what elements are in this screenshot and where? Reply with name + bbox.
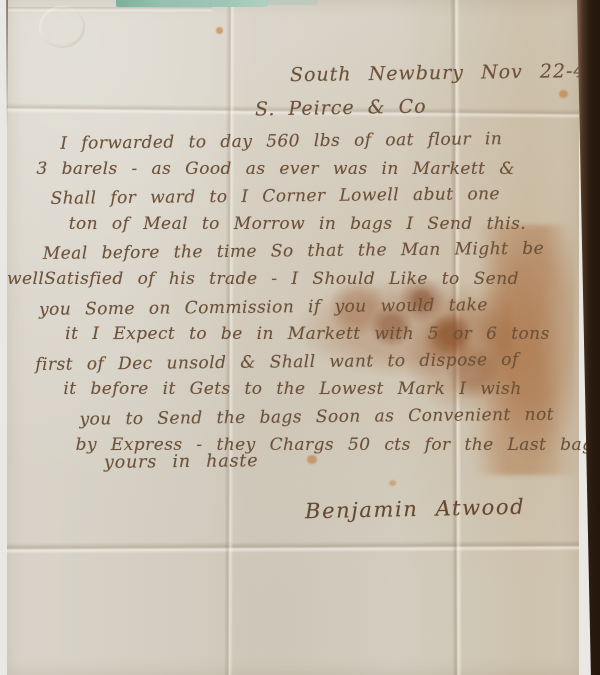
letter-body: I forwarded to day 560 lbs of oat flour … (34, 127, 595, 461)
letter-photograph: South Newbury Nov 22-48 S. Peirce & Co I… (0, 0, 600, 675)
body-line: you Some on Commission if you would take (39, 291, 595, 324)
salutation: S. Peirce & Co (255, 96, 427, 121)
stain-spot (216, 27, 223, 34)
body-line: Meal before the time So that the Man Mig… (43, 235, 595, 268)
signature: Benjamin Atwood (305, 495, 526, 524)
body-line: it I Expect to be in Markett with 5 or 6… (65, 321, 595, 349)
stain-spot (389, 480, 396, 486)
body-line: it before it Gets to the Lowest Mark I w… (63, 376, 595, 404)
closing-line: yours in haste (104, 451, 259, 473)
body-line: wellSatisfied of his trade - I Should Li… (7, 266, 595, 294)
body-line: 3 barels - as Good as ever was in Market… (36, 156, 594, 184)
fold-crease-top-flap (7, 7, 212, 12)
stain-spot (559, 90, 568, 98)
body-line: you to Send the bags Soon as Convenient … (79, 401, 595, 434)
letter-paper: South Newbury Nov 22-48 S. Peirce & Co I… (7, 0, 579, 675)
body-line: I forwarded to day 560 lbs of oat flour … (60, 125, 594, 158)
embossed-seal (39, 6, 85, 48)
body-line: Shall for ward to I Corner Lowell abut o… (50, 180, 594, 213)
body-line: ton of Meal to Morrow in bags I Send thi… (69, 211, 595, 239)
paper-left-edge-shadow (6, 0, 8, 130)
fold-crease-horizontal-lower (7, 540, 579, 554)
teal-paper-strip (116, 0, 268, 7)
teal-paper-strip-faint (266, 0, 318, 5)
body-line: first of Dec unsold & Shall want to disp… (35, 346, 595, 379)
dateline: South Newbury Nov 22-48 (290, 60, 600, 86)
